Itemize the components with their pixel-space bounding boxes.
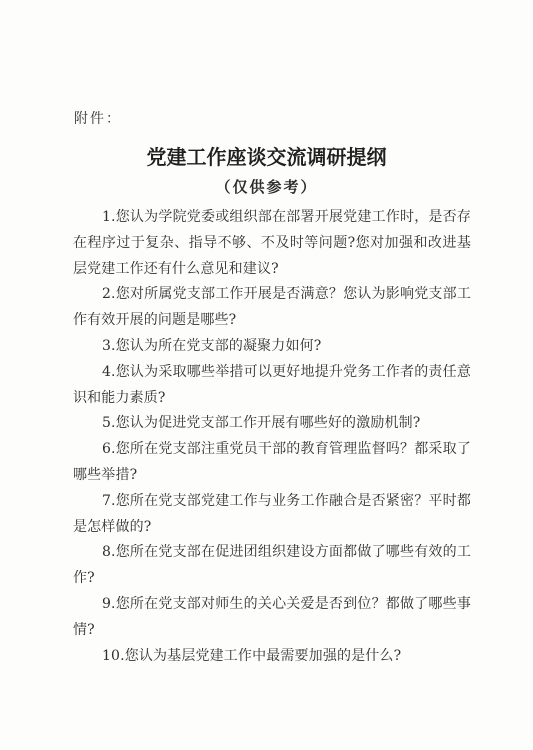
question-10: 10.您认为基层党建工作中最需要加强的是什么? <box>73 644 471 670</box>
question-5: 5.您认为促进党支部工作开展有哪些好的激励机制? <box>73 411 471 437</box>
question-1: 1.您认为学院党委或组织部在部署开展党建工作时，是否存在程序过于复杂、指导不够、… <box>73 205 471 282</box>
question-2: 2.您对所属党支部工作开展是否满意？您认为影响党支部工作有效开展的问题是哪些? <box>73 282 471 334</box>
question-7: 7.您所在党支部党建工作与业务工作融合是否紧密？平时都是怎样做的? <box>73 489 471 541</box>
question-8: 8.您所在党支部在促进团组织建设方面都做了哪些有效的工作? <box>73 540 471 592</box>
question-6: 6.您所在党支部注重党员干部的教育管理监督吗？都采取了哪些举措? <box>73 437 471 489</box>
document-page: 附件： 党建工作座谈交流调研提纲 （仅供参考） 1.您认为学院党委或组织部在部署… <box>0 0 533 750</box>
question-4: 4.您认为采取哪些举措可以更好地提升党务工作者的责任意识和能力素质? <box>73 360 471 412</box>
question-list: 1.您认为学院党委或组织部在部署开展党建工作时，是否存在程序过于复杂、指导不够、… <box>73 205 471 669</box>
attachment-label: 附件： <box>74 108 122 128</box>
question-3: 3.您认为所在党支部的凝聚力如何? <box>73 334 471 360</box>
question-9: 9.您所在党支部对师生的关心关爱是否到位？都做了哪些事情? <box>73 592 471 644</box>
document-subtitle: （仅供参考） <box>0 176 533 197</box>
document-title: 党建工作座谈交流调研提纲 <box>0 141 533 170</box>
